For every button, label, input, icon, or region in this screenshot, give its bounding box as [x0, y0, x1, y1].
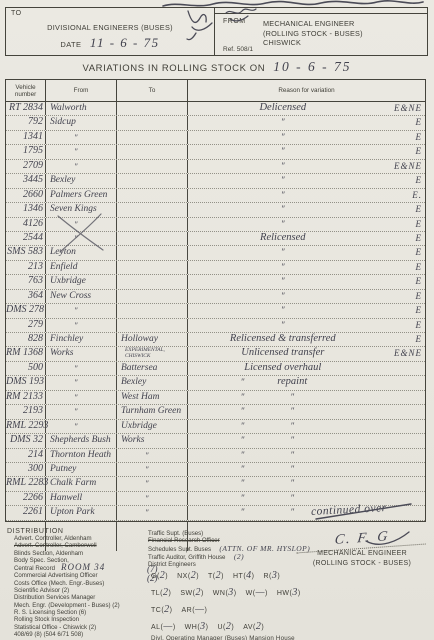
- reason-cell: ″″: [188, 506, 425, 519]
- from-cell: Sidcup: [46, 116, 117, 129]
- handwritten-count: 2: [164, 604, 170, 615]
- reason-text: ″: [281, 290, 285, 302]
- vehicle-number-cell: SMS 583: [6, 246, 46, 259]
- to-cell: [117, 218, 188, 231]
- reason-text: ″: [241, 449, 245, 461]
- to-cell: Turnham Green: [117, 405, 188, 418]
- from-cell: ″: [46, 362, 117, 375]
- reason-cell: ″E: [188, 275, 425, 288]
- table-row: 213Enfield″E: [6, 261, 425, 275]
- reason-cell: ″″: [188, 477, 425, 490]
- reason-text: ″: [281, 275, 285, 287]
- reason-cell: ″″: [188, 405, 425, 418]
- district-code: E.: [412, 189, 422, 201]
- reason-cell: ″E: [188, 246, 425, 259]
- from-cell: Finchley: [46, 333, 117, 346]
- header-box: TO DIVISIONAL ENGINEERS (BUSES) DATE 11 …: [5, 7, 428, 56]
- reason-text: Relicensed: [260, 232, 305, 244]
- reason-secondary-text: ″: [290, 449, 294, 461]
- reason-cell: ″″: [188, 434, 425, 447]
- col-header-to: To: [117, 80, 188, 101]
- from-cell: Shepherds Bush: [46, 434, 117, 447]
- table-row: 279″″E: [6, 319, 425, 333]
- table-row: RML 2293″Uxbridge″″: [6, 420, 425, 434]
- district-code: E&NE: [394, 347, 422, 359]
- garage-code: TL(2): [151, 590, 171, 597]
- reason-text: ″: [281, 203, 285, 215]
- header-to-section: TO DIVISIONAL ENGINEERS (BUSES) DATE 11 …: [6, 8, 215, 55]
- to-cell: Works: [117, 434, 188, 447]
- from-cell: ″: [46, 391, 117, 404]
- from-address: MECHANICAL ENGINEER (ROLLING STOCK - BUS…: [263, 19, 427, 48]
- vehicle-number-cell: 213: [6, 261, 46, 274]
- distribution-item: Costs Office (Mech. Engr.-Buses): [14, 580, 149, 587]
- garage-code: R(3): [264, 573, 281, 580]
- garage-code-line: G(2)NX(2)T(2)HT(4)R(3): [151, 570, 310, 587]
- reason-cell: Unlicensed transferE&NE: [188, 347, 425, 360]
- from-cell: ″: [46, 304, 117, 317]
- handwritten-count: 2: [191, 570, 197, 581]
- from-cell: ″: [46, 218, 117, 231]
- distribution-item: Scientific Advisor (2): [14, 587, 149, 594]
- garage-code: NX(2): [177, 573, 199, 580]
- from-cell: ″: [46, 131, 117, 144]
- handwritten-count: 2: [256, 621, 262, 632]
- vehicle-number-cell: RML 2293: [6, 420, 46, 433]
- table-row: 792Sidcup″E: [6, 116, 425, 130]
- reason-text: ″: [281, 174, 285, 186]
- table-row: 763Uxbridge″E: [6, 275, 425, 289]
- district-code: E: [416, 145, 423, 157]
- table-row: 364New Cross″E: [6, 290, 425, 304]
- reason-cell: ″″: [188, 391, 425, 404]
- garage-code: G(2): [151, 573, 168, 580]
- to-cell: West Ham: [117, 391, 188, 404]
- from-cell: Bexley: [46, 174, 117, 187]
- garage-code: HW(3): [277, 590, 301, 597]
- handwritten-annotation: (2): [231, 552, 244, 561]
- to-cell: [117, 290, 188, 303]
- from-cell: Uxbridge: [46, 275, 117, 288]
- to-cell: EXPERIMENTAL,CHISWICK: [117, 347, 188, 360]
- reason-text: ″: [241, 405, 245, 417]
- from-cell: ″: [46, 376, 117, 389]
- divl-operating-manager-line: Divl. Operating Manager (Buses) Mansion …: [151, 635, 295, 640]
- reason-text: ″: [241, 463, 245, 475]
- garage-code: WN(3): [213, 590, 237, 597]
- from-cell: Upton Park: [46, 506, 117, 519]
- distribution-item: Advert. Controller, Aldenham: [14, 535, 149, 542]
- reason-cell: Relicensed & transferredE: [188, 333, 425, 346]
- reason-text: ″: [241, 506, 245, 518]
- reason-secondary-text: repaint: [277, 376, 307, 388]
- table-row: 2660Palmers Green″E.: [6, 189, 425, 203]
- district-code: E: [416, 116, 423, 128]
- to-cell: [117, 203, 188, 216]
- district-code: E: [416, 232, 423, 244]
- signature-block: C. F. G MECHANICAL ENGINEER (ROLLING STO…: [298, 531, 426, 568]
- from-cell: Palmers Green: [46, 189, 117, 202]
- reason-text: ″: [281, 189, 285, 201]
- garage-code: AR(—): [182, 607, 208, 614]
- signatory-title-2: (ROLLING STOCK - BUSES): [298, 559, 426, 569]
- garage-code: HT(4): [233, 573, 255, 580]
- vehicle-number-cell: 3445: [6, 174, 46, 187]
- table-row: RM 2133″West Ham″″: [6, 391, 425, 405]
- reason-cell: ″E: [188, 145, 425, 158]
- reason-text: ″: [281, 319, 285, 331]
- district-code: E: [416, 218, 423, 230]
- table-row: 3445Bexley″E: [6, 174, 425, 188]
- reason-text: ″: [281, 145, 285, 157]
- table-row: SMS 583Leyton″E: [6, 246, 425, 260]
- table-row: DMS 278″″E: [6, 304, 425, 318]
- garage-code: WH(3): [185, 624, 209, 631]
- distribution-title: DISTRIBUTION: [7, 528, 149, 535]
- table-row: 2544″RelicensedE: [6, 232, 425, 246]
- to-cell: [117, 189, 188, 202]
- to-cell: Bexley: [117, 376, 188, 389]
- distribution-item: 408/69 (8) (504 6/71 508): [14, 631, 149, 638]
- vehicle-number-cell: 279: [6, 319, 46, 332]
- table-row: 2193″Turnham Green″″: [6, 405, 425, 419]
- district-code: E: [416, 319, 423, 331]
- table-header-row: Vehicle number From To Reason for variat…: [6, 80, 425, 102]
- vehicle-number-cell: 1795: [6, 145, 46, 158]
- garage-code: U(2): [218, 624, 235, 631]
- handwritten-count: 3: [228, 587, 234, 598]
- handwritten-count: —: [256, 587, 265, 598]
- table-row: 4126″″E: [6, 218, 425, 232]
- distribution-item: Central RecordROOM 34: [14, 564, 149, 572]
- from-cell: ″: [46, 160, 117, 173]
- header-from-section: FROM MECHANICAL ENGINEER (ROLLING STOCK …: [215, 13, 427, 55]
- vehicle-number-cell: 1341: [6, 131, 46, 144]
- reason-secondary-text: ″: [290, 420, 294, 432]
- vehicle-number-cell: RM 1368: [6, 347, 46, 360]
- table-row: RT 2834WalworthDelicensedE&NE: [6, 102, 425, 116]
- district-code: E: [416, 174, 423, 186]
- from-line-3: CHISWICK: [263, 38, 427, 48]
- district-code: E: [416, 246, 423, 258]
- handwritten-count: 3: [292, 587, 298, 598]
- reason-cell: DelicensedE&NE: [188, 102, 425, 115]
- reason-cell: ″E.: [188, 189, 425, 202]
- to-cell: [117, 246, 188, 259]
- district-code: E: [416, 261, 423, 273]
- table-row: DMS 32Shepherds BushWorks″″: [6, 434, 425, 448]
- from-cell: Hanwell: [46, 492, 117, 505]
- reason-text: ″: [281, 218, 285, 230]
- reason-cell: ″E&NE: [188, 160, 425, 173]
- to-cell: [117, 232, 188, 245]
- from-cell: Leyton: [46, 246, 117, 259]
- reason-text: Licensed overhaul: [244, 362, 321, 374]
- table-row: 1346Seven Kings″E: [6, 203, 425, 217]
- from-cell: Chalk Farm: [46, 477, 117, 490]
- to-cell: Battersea: [117, 362, 188, 375]
- handwritten-date: 11 - 6 - 75: [90, 35, 160, 50]
- vehicle-number-cell: DMS 278: [6, 304, 46, 317]
- district-code: E: [416, 304, 423, 316]
- vehicle-number-cell: 2266: [6, 492, 46, 505]
- reason-cell: ″E: [188, 174, 425, 187]
- reason-secondary-text: ″: [290, 391, 294, 403]
- reason-cell: ″E: [188, 116, 425, 129]
- vehicle-number-cell: 214: [6, 449, 46, 462]
- from-cell: Thornton Heath: [46, 449, 117, 462]
- vehicle-number-cell: 2709: [6, 160, 46, 173]
- col-header-reason: Reason for variation: [188, 80, 425, 101]
- reason-secondary-text: ″: [290, 405, 294, 417]
- to-cell: [117, 261, 188, 274]
- reason-cell: ″″: [188, 449, 425, 462]
- to-cell: [117, 304, 188, 317]
- district-code: E&NE: [394, 102, 422, 114]
- to-cell: Holloway: [117, 333, 188, 346]
- reason-cell: ″E: [188, 203, 425, 216]
- reason-secondary-text: ″: [290, 492, 294, 504]
- to-cell: [117, 160, 188, 173]
- to-cell: [117, 116, 188, 129]
- from-cell: ″: [46, 145, 117, 158]
- reason-cell: ″″: [188, 420, 425, 433]
- reason-text: ″: [241, 477, 245, 489]
- to-cell: ″: [117, 449, 188, 462]
- reason-text: ″: [241, 420, 245, 432]
- table-row: 500″BatterseaLicensed overhaul: [6, 362, 425, 376]
- table-row: RML 2283Chalk Farm″″″: [6, 477, 425, 491]
- from-cell: Walworth: [46, 102, 117, 115]
- from-cell: Seven Kings: [46, 203, 117, 216]
- reason-cell: ″″: [188, 463, 425, 476]
- vehicle-number-cell: DMS 32: [6, 434, 46, 447]
- reason-secondary-text: ″: [290, 434, 294, 446]
- reason-cell: ″E: [188, 290, 425, 303]
- scanned-memo-page: TO DIVISIONAL ENGINEERS (BUSES) DATE 11 …: [0, 0, 434, 640]
- from-cell: Putney: [46, 463, 117, 476]
- vehicle-number-cell: 364: [6, 290, 46, 303]
- distribution-item: Statistical Office - Chiswick (2): [14, 624, 149, 631]
- reason-text: ″: [281, 304, 285, 316]
- title-printed: VARIATIONS IN ROLLING STOCK ON: [83, 63, 266, 74]
- date-line: DATE 11 - 6 - 75: [6, 35, 214, 51]
- reason-cell: RelicensedE: [188, 232, 425, 245]
- to-cell: ″: [117, 492, 188, 505]
- handwritten-count: —: [163, 621, 172, 632]
- garage-code: AV(2): [243, 624, 264, 631]
- garage-code-lines: G(2)NX(2)T(2)HT(4)R(3)TL(2)SW(2)WN(3)W(—…: [151, 570, 310, 638]
- reason-text: ″: [241, 434, 245, 446]
- recipients-list: Traffic Supt. (Buses)Financial Research …: [148, 530, 318, 568]
- from-label: FROM: [223, 18, 246, 25]
- to-label: TO: [11, 10, 22, 17]
- table-body: RT 2834WalworthDelicensedE&NE792Sidcup″E…: [6, 102, 425, 521]
- col-header-vehicle-number: Vehicle number: [6, 80, 46, 101]
- table-row: 828FinchleyHollowayRelicensed & transfer…: [6, 333, 425, 347]
- handwritten-count: 2: [160, 570, 166, 581]
- vehicle-number-cell: RT 2834: [6, 102, 46, 115]
- reason-text: ″: [241, 492, 245, 504]
- vehicle-number-cell: 2544: [6, 232, 46, 245]
- distribution-list: DISTRIBUTION Advert. Controller, Aldenha…: [7, 528, 149, 638]
- district-code: E&NE: [394, 160, 422, 172]
- reason-text: ″: [241, 391, 245, 403]
- recipient-item: Traffic Auditor, Griffith House (2): [148, 553, 318, 561]
- to-value: DIVISIONAL ENGINEERS (BUSES): [6, 23, 214, 32]
- reason-text: Unlicensed transfer: [241, 347, 324, 359]
- table-row: 214Thornton Heath″″″: [6, 449, 425, 463]
- to-cell: ″: [117, 463, 188, 476]
- handwritten-count: 3: [200, 621, 206, 632]
- district-code: E: [416, 275, 423, 287]
- distribution-item: Mech. Engr. (Development - Buses) (2): [14, 602, 149, 609]
- vehicle-number-cell: 4126: [6, 218, 46, 231]
- vehicle-number-cell: 2660: [6, 189, 46, 202]
- district-code: E: [416, 203, 423, 215]
- vehicle-number-cell: 300: [6, 463, 46, 476]
- vehicle-number-cell: RML 2283: [6, 477, 46, 490]
- district-code: E: [416, 333, 423, 345]
- to-cell: [117, 319, 188, 332]
- distribution-item: Blinds Section, Aldenham: [14, 550, 149, 557]
- handwritten-count: 3: [272, 570, 278, 581]
- handwritten-annotation: ROOM 34: [61, 562, 105, 572]
- reason-cell: ″repaint: [188, 376, 425, 389]
- handwritten-count: —: [195, 604, 204, 615]
- table-row: RM 1368WorksEXPERIMENTAL,CHISWICKUnlicen…: [6, 347, 425, 361]
- from-line-1: MECHANICAL ENGINEER: [263, 19, 427, 29]
- to-cell: [117, 275, 188, 288]
- reason-text: Delicensed: [259, 102, 306, 114]
- handwritten-count: 2: [216, 570, 222, 581]
- garage-code: TC(2): [151, 607, 173, 614]
- to-cell: [117, 145, 188, 158]
- reason-cell: ″E: [188, 131, 425, 144]
- vehicle-number-cell: 2261: [6, 506, 46, 519]
- reason-cell: ″″: [188, 492, 425, 505]
- handwritten-count: 2: [226, 621, 232, 632]
- garage-code: T(2): [208, 573, 224, 580]
- reason-cell: Licensed overhaul: [188, 362, 425, 375]
- variations-table: Vehicle number From To Reason for variat…: [5, 79, 426, 522]
- reason-cell: ″E: [188, 319, 425, 332]
- reason-cell: ″E: [188, 304, 425, 317]
- distribution-item: Advert. Controller, Camberwell: [14, 542, 149, 549]
- garage-code: W(—): [246, 590, 268, 597]
- reason-cell: ″E: [188, 218, 425, 231]
- col-header-from: From: [46, 80, 117, 101]
- from-cell: ″: [46, 232, 117, 245]
- garage-code: AL(—): [151, 624, 176, 631]
- district-code: E: [416, 290, 423, 302]
- garage-code-line: TL(2)SW(2)WN(3)W(—)HW(3): [151, 587, 310, 604]
- handwritten-count: 2: [163, 587, 169, 598]
- footer: DISTRIBUTION Advert. Controller, Aldenha…: [0, 527, 434, 640]
- from-cell: ″: [46, 405, 117, 418]
- to-cell: [117, 131, 188, 144]
- reason-text: ″: [281, 131, 285, 143]
- from-line-2: (ROLLING STOCK - BUSES): [263, 29, 427, 39]
- date-label: DATE: [60, 40, 81, 49]
- handwritten-count: 4: [246, 570, 252, 581]
- table-row: 1795″″E: [6, 145, 425, 159]
- reason-text: ″: [281, 261, 285, 273]
- vehicle-number-cell: 500: [6, 362, 46, 375]
- distribution-item: Rolling Stock Inspection: [14, 616, 149, 623]
- vehicle-number-cell: DMS 193: [6, 376, 46, 389]
- reason-text: ″: [241, 376, 245, 388]
- from-cell: Works: [46, 347, 117, 360]
- reason-text: Relicensed & transferred: [230, 333, 336, 345]
- garage-code-line: TC(2)AR(—): [151, 604, 310, 621]
- reason-secondary-text: ″: [290, 506, 294, 518]
- table-row: 1341″″E: [6, 131, 425, 145]
- reason-text: ″: [281, 116, 285, 128]
- table-row: DMS 193″Bexley″repaint: [6, 376, 425, 390]
- from-cell: New Cross: [46, 290, 117, 303]
- reason-secondary-text: ″: [290, 463, 294, 475]
- to-cell: ″: [117, 477, 188, 490]
- distribution-item: Distribution Services Manager: [14, 594, 149, 601]
- vehicle-number-cell: RM 2133: [6, 391, 46, 404]
- reason-text: ″: [281, 246, 285, 258]
- vehicle-number-cell: 763: [6, 275, 46, 288]
- vehicle-number-cell: 2193: [6, 405, 46, 418]
- handwritten-count: 2: [195, 587, 201, 598]
- distribution-item: Commercial Advertising Officer: [14, 572, 149, 579]
- from-cell: Enfield: [46, 261, 117, 274]
- top-handwriting-scribble: [163, 1, 423, 6]
- recipient-item: District Engineers: [148, 561, 318, 568]
- reason-cell: ″E: [188, 261, 425, 274]
- vehicle-number-cell: 828: [6, 333, 46, 346]
- vehicle-number-cell: 792: [6, 116, 46, 129]
- to-cell: ″: [117, 506, 188, 519]
- district-code: E: [416, 131, 423, 143]
- reason-secondary-text: ″: [290, 477, 294, 489]
- to-cell: [117, 174, 188, 187]
- document-title: VARIATIONS IN ROLLING STOCK ON10 - 6 - 7…: [0, 59, 434, 75]
- to-cell: [117, 102, 188, 115]
- garage-code: SW(2): [180, 590, 203, 597]
- reference-number: Ref. 508/1: [223, 46, 253, 53]
- distribution-item: R. S. Licensing Section (6): [14, 609, 149, 616]
- from-cell: ″: [46, 420, 117, 433]
- to-cell: Uxbridge: [117, 420, 188, 433]
- recipient-item: Traffic Supt. (Buses): [148, 530, 318, 537]
- table-row: 2709″″E&NE: [6, 160, 425, 174]
- title-handwritten-date: 10 - 6 - 75: [273, 59, 351, 74]
- table-row: 300Putney″″″: [6, 463, 425, 477]
- vehicle-number-cell: 1346: [6, 203, 46, 216]
- from-cell: ″: [46, 319, 117, 332]
- reason-text: ″: [281, 160, 285, 172]
